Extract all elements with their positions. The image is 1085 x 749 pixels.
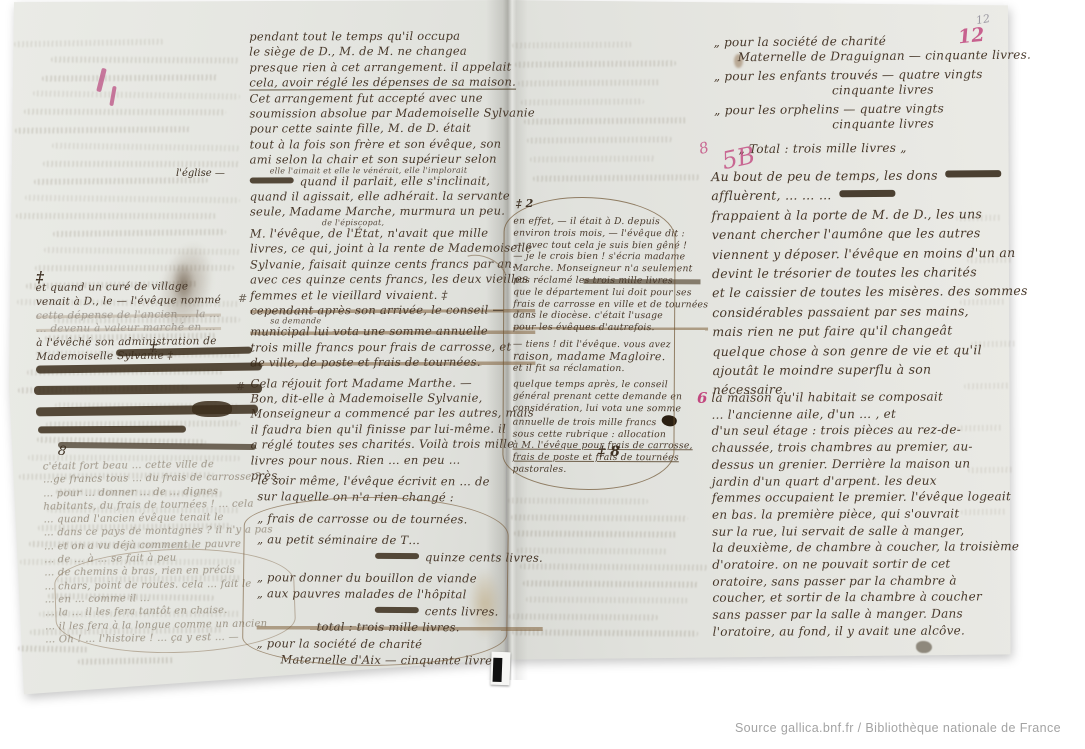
manuscript-line: d'un seul étage : trois pièces au rez-de… <box>712 422 1019 440</box>
dagger-icon: ‡ <box>150 340 157 355</box>
bleedthrough-line <box>15 126 190 134</box>
manuscript-line: femmes occupaient le premier. l'évêque l… <box>712 488 1019 506</box>
dagger-reference-bottom: ‡ 8 <box>598 444 620 460</box>
manuscript-line: cinquante livres <box>714 81 1032 98</box>
manuscript-line: municipal lui vota une somme annuelle <box>250 324 535 340</box>
bleedthrough-line <box>527 136 672 143</box>
manuscript-line: M. l'évêque, de l'État, n'avait que mill… <box>250 225 535 241</box>
donations-paragraph: Au bout de peu de temps, les donsaffluèr… <box>711 165 1028 400</box>
manuscript-line: ajoutât le moindre superflu à son <box>713 359 1029 381</box>
pink-folio-number: 12 <box>957 24 986 49</box>
manuscript-line: mais rien ne put faire qu'il changeât <box>712 320 1028 342</box>
manuscript-line: sur la rue, lui servait de salle à mange… <box>712 522 1019 540</box>
manuscript-line: seule, Madame Marche, murmura un peu. <box>250 204 535 220</box>
manuscript-line: de l'épiscopat, <box>250 219 535 226</box>
manuscript-line: tout à la fois son frère et son évêque, … <box>250 136 535 152</box>
manuscript-line: … devenu à valeur marché en … <box>36 321 221 337</box>
manuscript-line: livres, ce qui, joint à la rente de Made… <box>250 241 535 257</box>
manuscript-line: d'oratoire. on ne pouvait sortir de cet <box>712 555 1019 573</box>
manuscript-line: trois mille francs pour frais de carross… <box>250 339 535 355</box>
house-paragraph: la maison qu'il habitait se composait… l… <box>711 388 1019 640</box>
hash-mark-icon: # <box>236 380 245 393</box>
manuscript-line: pour cette sainte fille, M. de D. était <box>250 121 535 137</box>
manuscript-line: il faudra bien qu'il finisse par lui-mêm… <box>251 421 536 437</box>
manuscript-line: la deuxième, de chambre à coucher, la tr… <box>712 539 1019 557</box>
manuscript-line: a réglé toutes ses charités. Voilà trois… <box>251 437 536 453</box>
manuscript-line: cela, avoir réglé les dépenses de sa mai… <box>249 75 534 91</box>
manuscript-line: Au bout de peu de temps, les dons <box>711 165 1027 187</box>
dagger-icon: ‡ <box>36 268 44 286</box>
circle-annotation-gutter <box>502 197 676 491</box>
bleedthrough-line <box>521 98 644 105</box>
dagger-reference-top: ‡ 2 <box>516 197 533 210</box>
manuscript-line: viennent y déposer. l'évêque en moins d'… <box>712 243 1028 265</box>
manuscript-line: soumission absolue par Mademoiselle Sylv… <box>249 106 534 122</box>
manuscript-line: sans passer par la salle à manger. Dans <box>712 605 1019 623</box>
manuscript-line: oratoire, sans passer par la chambre à <box>712 572 1019 590</box>
manuscript-line: Monseigneur a commencé par les autres, m… <box>251 406 536 422</box>
manuscript-line: venant chercher l'aumône que les autres <box>712 223 1028 245</box>
book-support-tab <box>490 652 510 686</box>
manuscript-scan: et quand un curé de villagevenait à D., … <box>0 0 1085 712</box>
manuscript-line: presque rien à cet arrangement. il appel… <box>249 59 534 75</box>
manuscript-line: Bon, dit-elle à Mademoiselle Sylvanie, <box>250 390 535 406</box>
manuscript-line: devint le trésorier de toutes les charit… <box>712 262 1028 284</box>
bleedthrough-line <box>24 109 226 116</box>
manuscript-line: quand il parlait, elle s'inclinait, <box>250 173 535 189</box>
bleedthrough-line <box>530 155 656 162</box>
left-main-column: pendant tout le temps qu'il occupale siè… <box>249 29 536 484</box>
bleedthrough-line <box>42 74 218 81</box>
bleedthrough-line <box>523 580 698 587</box>
manuscript-line: livres pour nous. Rien … en peu … <box>251 452 536 468</box>
manuscript-line: la maison qu'il habitait se composait <box>711 388 1018 406</box>
manuscript-line: quelque chose à son genre de vie et qu'i… <box>712 340 1028 362</box>
manuscript-line: dessus un grenier. Derrière la maison un <box>712 455 1019 473</box>
manuscript-line: Cet arrangement fut accepté avec une <box>249 90 534 106</box>
manuscript-line: en bas. la première pièce, qui s'ouvrait <box>712 505 1019 523</box>
manuscript-line: „ Total : trois mille livres „ <box>714 140 1032 157</box>
book-support-tab-dark <box>493 658 503 682</box>
circle-annotation-bottomleft <box>53 545 296 657</box>
manuscript-line: quand il agissait, elle adhérait. la ser… <box>250 189 535 205</box>
bleedthrough-line <box>43 161 240 167</box>
manuscript-line: sa demande <box>250 318 535 325</box>
corner-speck <box>916 641 932 653</box>
charity-list: „ pour la société de charitéMaternelle d… <box>713 33 1031 157</box>
bleedthrough-line <box>16 213 216 219</box>
pink-paragraph-number: 6 <box>697 389 707 407</box>
manuscript-line: chaussée, trois chambres au premier, au- <box>712 438 1019 456</box>
manuscript-line: affluèrent, … … … <box>711 184 1027 206</box>
manuscript-line: pendant tout le temps qu'il occupa <box>249 29 534 45</box>
manuscript-line: elle l'aimait et elle le vénérait, elle … <box>250 167 535 174</box>
manuscript-line: frappaient à la porte de M. de D., les u… <box>711 204 1027 226</box>
manuscript-line: le soir même, l'évêque écrivit en … de <box>257 472 543 490</box>
manuscript-line: le siège de D., M. de M. ne changea <box>249 44 534 60</box>
manuscript-line: l'oratoire, au fond, il y avait une alcô… <box>713 622 1020 640</box>
ink-blob <box>192 401 232 417</box>
bleedthrough-line <box>526 596 688 603</box>
manuscript-line: et le caissier de toutes les misères. de… <box>712 281 1028 303</box>
manuscript-line: cinquante livres <box>714 115 1032 132</box>
manuscript-line: jardin d'un quart d'arpent. les deux <box>712 472 1019 490</box>
manuscript-line: coucher, et sortir de la chambre à couch… <box>712 589 1019 607</box>
bleedthrough-line <box>520 563 708 570</box>
manuscript-line: Maternelle de Draguignan — cinquante liv… <box>714 47 1032 64</box>
catchword: l'église — <box>176 168 225 179</box>
manuscript-line: de ville, de poste et frais de tournées. <box>250 355 535 371</box>
attribution-text: Source gallica.bnf.fr / Bibliothèque nat… <box>735 721 1061 735</box>
manuscript-line: considérables passaient par ses mains, <box>712 301 1028 323</box>
manuscript-line: Cela réjouit fort Madame Marthe. — <box>250 375 535 391</box>
hash-mark-icon: # <box>238 292 247 305</box>
manuscript-line: … l'ancienne aile, d'un … , et <box>711 405 1018 423</box>
attribution-bar: Source gallica.bnf.fr / Bibliothèque nat… <box>0 712 1085 749</box>
bleedthrough-line <box>518 79 660 86</box>
strike-bar <box>38 426 186 434</box>
